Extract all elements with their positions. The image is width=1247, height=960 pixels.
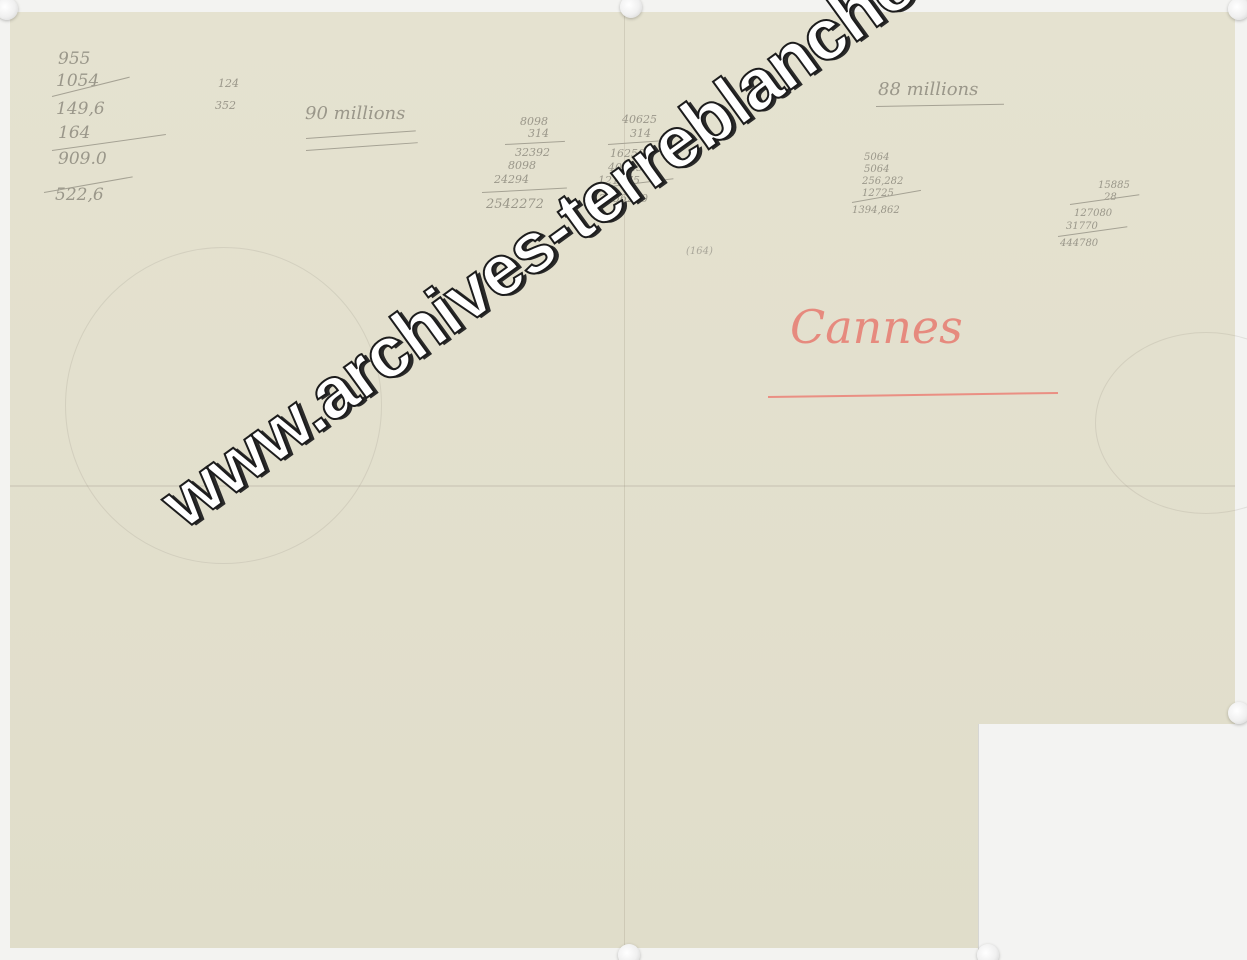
calc-left-line-3: 149,6: [56, 100, 105, 120]
calc1-line-4: 8098: [508, 160, 536, 173]
label-88-millions: 88 millions: [878, 80, 978, 101]
label-90-millions: 90 millions: [305, 104, 405, 125]
calc3-line-2: 5064: [864, 164, 889, 176]
red-pencil-annotation: Cannes: [790, 300, 963, 354]
calc-left-line-1: 955: [58, 50, 90, 70]
missing-corner-area: [978, 724, 1247, 960]
calc4-line-3: 127080: [1074, 208, 1112, 220]
small-note-line-1: 124: [218, 78, 239, 91]
circled-note: (164): [686, 246, 713, 257]
pin-bottom-right: [977, 944, 999, 960]
calc1-line-2: 314: [528, 128, 549, 141]
calc3-result: 1394,862: [852, 205, 900, 217]
calc1-line-3: 32392: [515, 147, 550, 160]
calc-left-line-4: 164: [58, 124, 90, 144]
calc1-line-5: 24294: [494, 174, 529, 187]
calc-left-line-5: 909.0: [58, 150, 107, 170]
pin-right-middle: [1228, 702, 1247, 724]
pin-bottom-center: [618, 944, 640, 960]
small-note-line-2: 352: [215, 100, 236, 113]
calc4-result: 444780: [1060, 238, 1098, 250]
pin-top-right: [1228, 0, 1247, 20]
calc3-line-3: 256,282: [862, 176, 903, 188]
calc-left-line-6: 522,6: [55, 186, 104, 206]
calc3-line-1: 5064: [864, 152, 889, 164]
calc4-line-1: 15885: [1098, 180, 1130, 192]
